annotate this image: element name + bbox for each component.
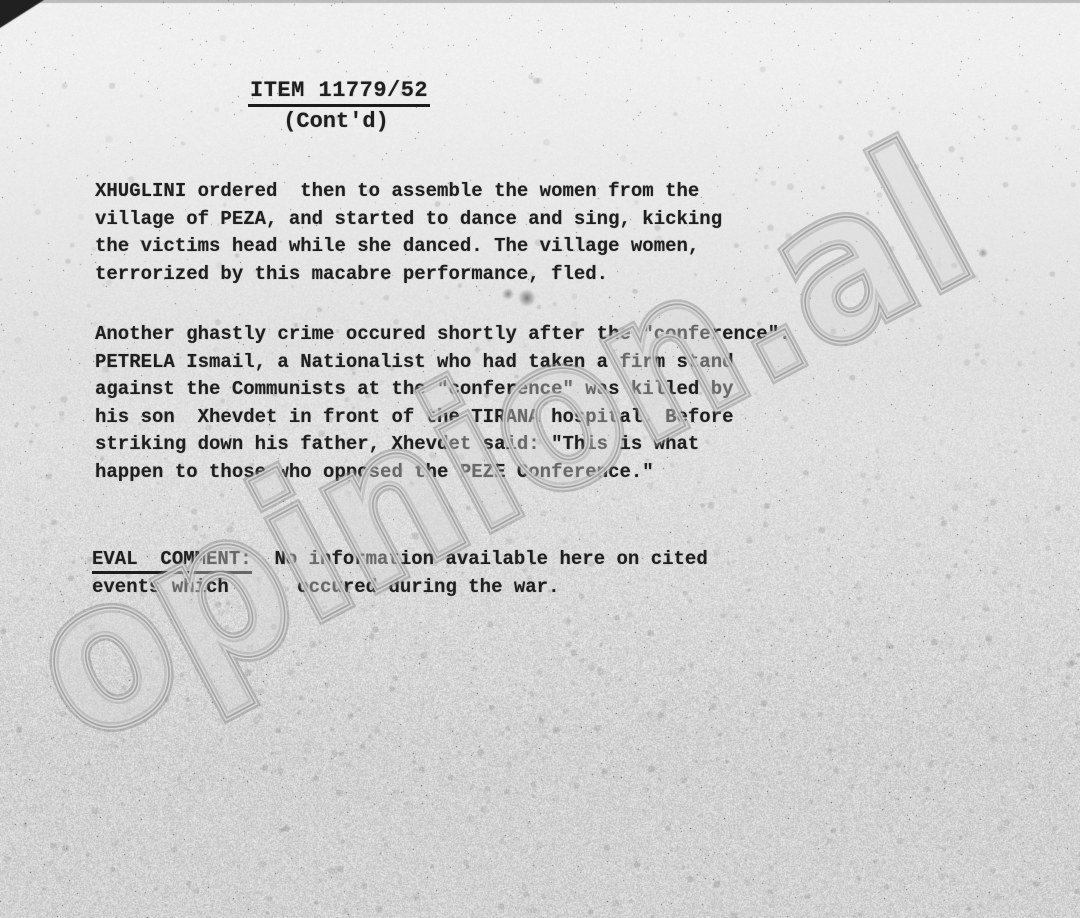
eval-comment-section: EVAL COMMENT: No information available h… [92,546,708,601]
eval-comment-label: EVAL COMMENT: [92,548,252,574]
document-text-layer: ITEM 11779/52 (Cont'd) XHUGLINI ordered … [0,0,1080,918]
text-line: against the Communists at the "conferenc… [95,376,791,404]
continuation-label: (Cont'd) [248,109,424,134]
text-line: happen to those who opposed the PEZE Con… [95,459,791,487]
text-line: EVAL COMMENT: No information available h… [92,546,708,574]
text-line: his son Xhevdet in front of the TIRANA h… [95,404,791,432]
text-line: Another ghastly crime occured shortly af… [95,321,791,349]
text-line: the victims head while she danced. The v… [95,233,722,261]
text-line: XHUGLINI ordered then to assemble the wo… [95,178,722,206]
paragraph-petrela: Another ghastly crime occured shortly af… [95,321,791,486]
paragraph-xhuglini: XHUGLINI ordered then to assemble the wo… [95,178,722,288]
item-number-title: ITEM 11779/52 [248,78,430,107]
text-line: PETRELA Ismail, a Nationalist who had ta… [95,349,791,377]
text-line: terrorized by this macabre performance, … [95,261,722,289]
text-line: striking down his father, Xhevdet said: … [95,431,791,459]
scanned-document-page: ITEM 11779/52 (Cont'd) XHUGLINI ordered … [0,0,1080,918]
text-line: events which occured during the war. [92,574,708,602]
eval-comment-text: No information available here on cited [252,548,708,570]
text-line: village of PEZA, and started to dance an… [95,206,722,234]
document-header: ITEM 11779/52 (Cont'd) [248,78,424,134]
